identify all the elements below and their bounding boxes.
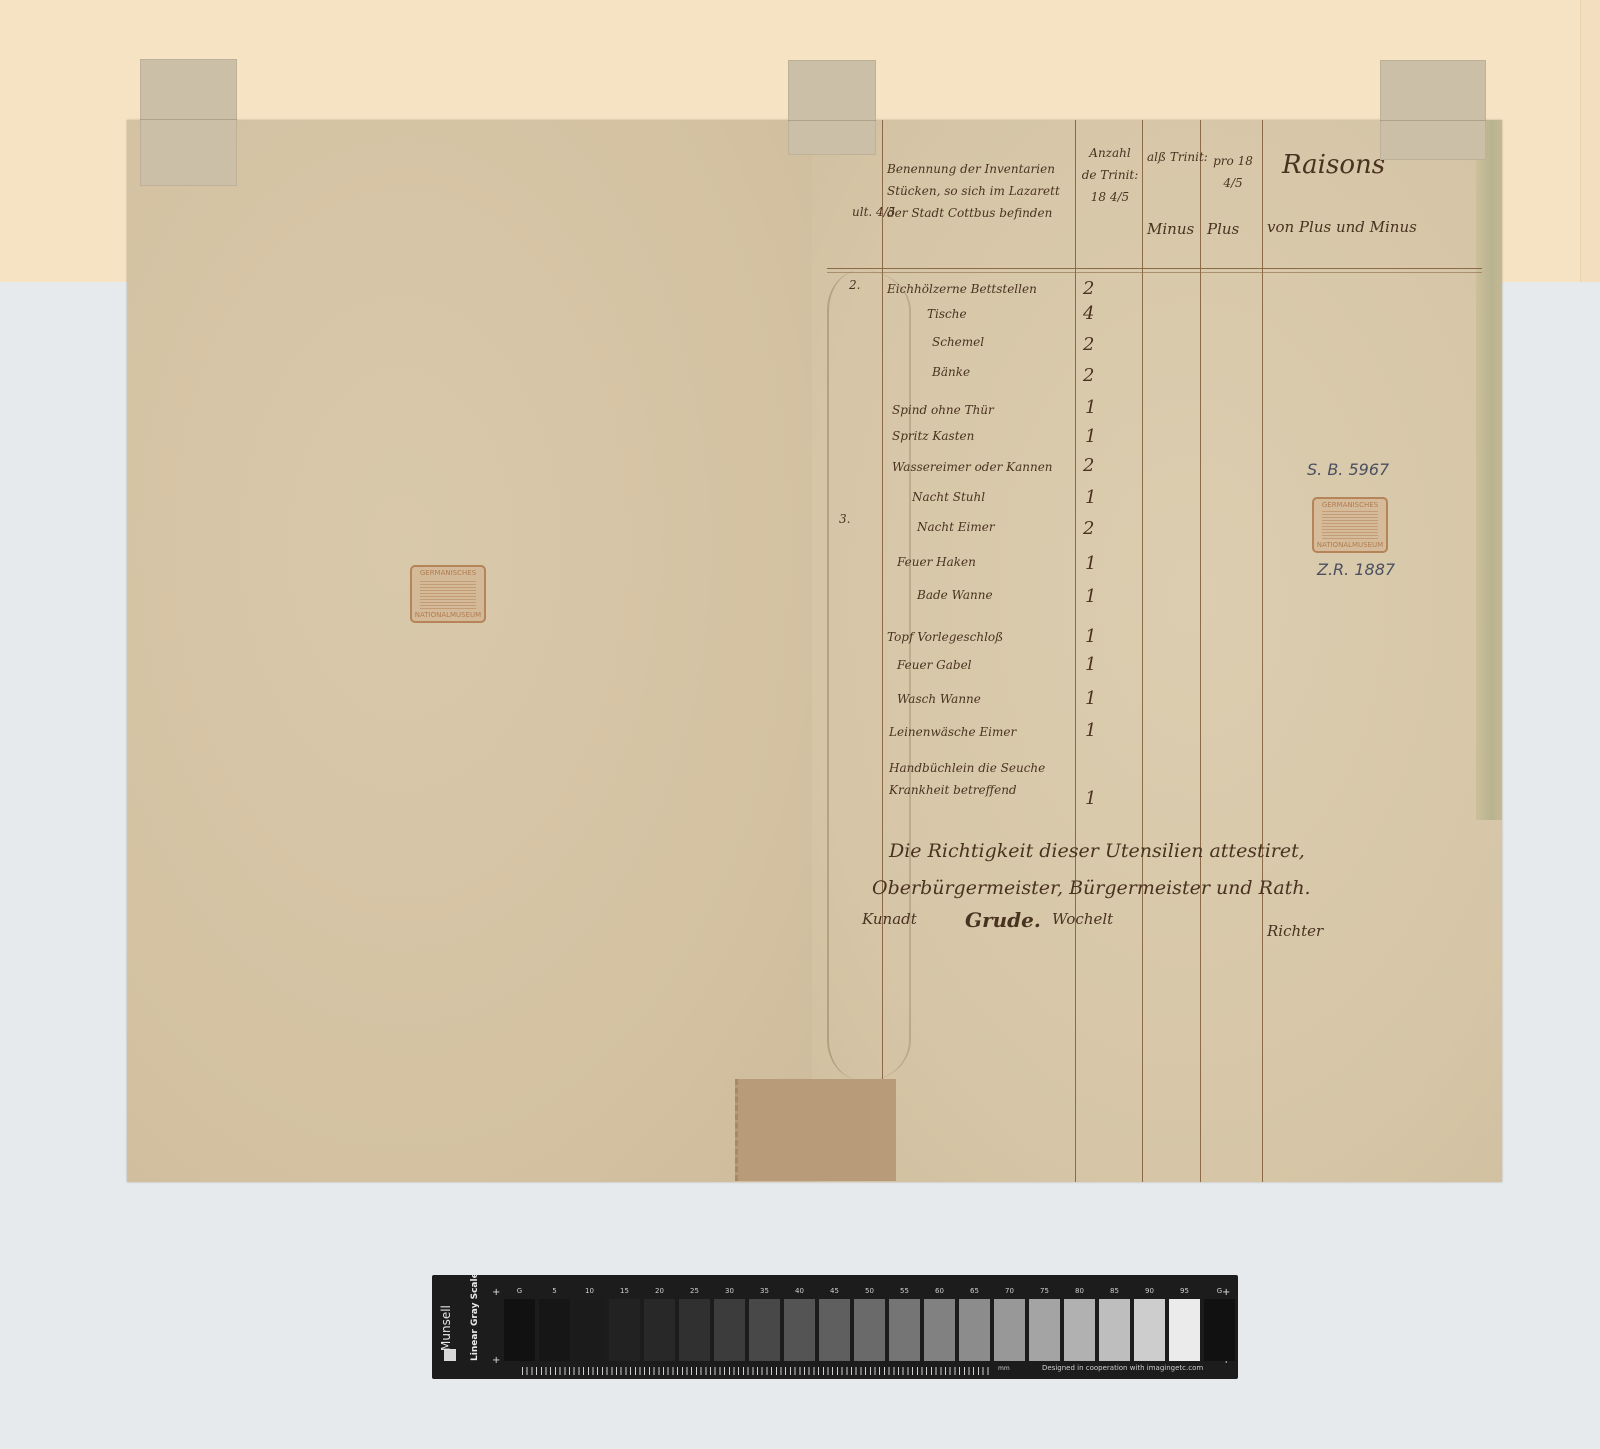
registration-mark-icon: + <box>492 1287 500 1298</box>
patch-swatch <box>889 1299 920 1361</box>
patch-swatch <box>609 1299 640 1361</box>
patch-swatch <box>1169 1299 1200 1361</box>
header-remarks-title: Raisons <box>1282 150 1385 180</box>
patch-label: 45 <box>830 1287 839 1299</box>
gray-patches: G5101520253035404550556065707580859095G <box>504 1287 1235 1361</box>
patch-label: 95 <box>1180 1287 1189 1299</box>
gray-patch: 65 <box>959 1287 990 1361</box>
patch-swatch <box>959 1299 990 1361</box>
row-count: 1 <box>1085 626 1096 647</box>
patch-swatch <box>1134 1299 1165 1361</box>
gray-patch: 10 <box>574 1287 605 1361</box>
patch-swatch <box>1029 1299 1060 1361</box>
right-page <box>812 120 1502 1182</box>
header-plus: Plus <box>1207 220 1239 238</box>
signature: Grude. <box>965 908 1041 932</box>
patch-label: 35 <box>760 1287 769 1299</box>
gray-patch: 30 <box>714 1287 745 1361</box>
signature: Kunadt <box>862 910 917 928</box>
row-item: Spind ohne Thür <box>892 403 994 417</box>
patch-swatch <box>749 1299 780 1361</box>
gray-patch: 95 <box>1169 1287 1200 1361</box>
backing-board-edge <box>1580 0 1600 282</box>
patch-label: 90 <box>1145 1287 1154 1299</box>
rule-col-count <box>1075 120 1076 1182</box>
row-count: 2 <box>1083 334 1094 355</box>
patch-swatch <box>994 1299 1025 1361</box>
stamp-top-text: GERMANISCHES <box>412 569 484 577</box>
attestation-line-2: Oberbürgermeister, Bürgermeister und Rat… <box>872 877 1311 899</box>
row-count: 2 <box>1083 455 1094 476</box>
row-item: Leinenwäsche Eimer <box>889 725 1016 739</box>
header-description: Benennung der Inventarien Stücken, so si… <box>887 158 1072 224</box>
row-count: 1 <box>1085 720 1096 741</box>
gray-patch: 55 <box>889 1287 920 1361</box>
header-count: Anzahl de Trinit: 18 4/5 <box>1080 142 1140 208</box>
row-item: Spritz Kasten <box>892 429 974 443</box>
gray-patch: 20 <box>644 1287 675 1361</box>
eagle-icon <box>420 579 476 609</box>
row-item: Handbüchlein die Seuche Krankheit betref… <box>889 757 1069 801</box>
header-minus-top: alß Trinit: <box>1147 150 1208 164</box>
left-page <box>127 120 812 1182</box>
patch-label: 30 <box>725 1287 734 1299</box>
eagle-icon <box>1322 511 1378 539</box>
document-sheet: GERMANISCHES NATIONALMUSEUM Benennung de… <box>127 120 1502 1182</box>
row-section: 2. <box>849 278 860 292</box>
header-rule <box>827 268 1482 269</box>
header-rule-2 <box>827 272 1482 273</box>
row-count: 1 <box>1085 426 1096 447</box>
scale-credit: Designed in cooperation with imagingetc.… <box>1042 1364 1203 1372</box>
row-count: 4 <box>1083 303 1094 324</box>
patch-label: 75 <box>1040 1287 1049 1299</box>
row-item: Eichhölzerne Bettstellen <box>887 282 1037 296</box>
patch-swatch <box>574 1299 605 1361</box>
row-item: Wassereimer oder Kannen <box>892 460 1053 474</box>
row-item: Schemel <box>932 335 984 349</box>
row-count: 1 <box>1085 788 1096 809</box>
header-plus-top: pro 18 4/5 <box>1205 150 1261 194</box>
repair-patch <box>735 1079 896 1181</box>
patch-swatch <box>819 1299 850 1361</box>
patch-label: 20 <box>655 1287 664 1299</box>
edge-stain <box>1476 120 1502 820</box>
patch-label: 15 <box>620 1287 629 1299</box>
patch-label: 50 <box>865 1287 874 1299</box>
rule-col-remarks <box>1262 120 1263 1182</box>
patch-label: 65 <box>970 1287 979 1299</box>
row-item: Feuer Haken <box>897 555 976 569</box>
row-count: 1 <box>1085 654 1096 675</box>
hinge-tape-right <box>1380 60 1486 160</box>
hinge-tape-center <box>788 60 876 155</box>
gray-patch: 75 <box>1029 1287 1060 1361</box>
row-item: Nacht Eimer <box>917 520 995 534</box>
patch-label: G <box>517 1287 522 1299</box>
patch-label: 40 <box>795 1287 804 1299</box>
row-count: 1 <box>1085 553 1096 574</box>
patch-label: 70 <box>1005 1287 1014 1299</box>
header-minus: Minus <box>1147 220 1194 238</box>
attestation-line-1: Die Richtigkeit dieser Utensilien attest… <box>889 840 1305 862</box>
patch-label: 5 <box>552 1287 556 1299</box>
patch-label: 60 <box>935 1287 944 1299</box>
row-item: Bade Wanne <box>917 588 993 602</box>
gray-patch: 35 <box>749 1287 780 1361</box>
patch-label: 10 <box>585 1287 594 1299</box>
gray-patch: G <box>1204 1287 1235 1361</box>
row-count: 2 <box>1083 365 1094 386</box>
patch-label: 25 <box>690 1287 699 1299</box>
gray-patch: G <box>504 1287 535 1361</box>
munsell-gray-scale: Munsell Linear Gray Scale + + + + G51015… <box>432 1275 1238 1379</box>
row-count: 2 <box>1083 518 1094 539</box>
patch-swatch <box>539 1299 570 1361</box>
gray-patch: 25 <box>679 1287 710 1361</box>
row-section: 3. <box>839 512 850 526</box>
gray-patch: 40 <box>784 1287 815 1361</box>
pencil-shelfmark: S. B. 5967 <box>1307 460 1389 479</box>
gray-patch: 15 <box>609 1287 640 1361</box>
patch-swatch <box>854 1299 885 1361</box>
mm-ruler <box>522 1367 992 1375</box>
gray-patch: 60 <box>924 1287 955 1361</box>
row-item: Wasch Wanne <box>897 692 981 706</box>
registration-mark-icon: + <box>492 1355 500 1366</box>
ruler-unit: mm <box>998 1365 1010 1372</box>
stamp-bottom-text: NATIONALMUSEUM <box>1314 541 1386 549</box>
row-count: 1 <box>1085 397 1096 418</box>
rule-col-minus <box>1142 120 1143 1182</box>
gray-patch: 5 <box>539 1287 570 1361</box>
pencil-inventory-number: Z.R. 1887 <box>1317 560 1395 579</box>
tear-line <box>827 270 911 1080</box>
patch-label: 55 <box>900 1287 909 1299</box>
gray-patch: 50 <box>854 1287 885 1361</box>
museum-stamp-right: GERMANISCHES NATIONALMUSEUM <box>1312 497 1388 553</box>
gray-patch: 85 <box>1099 1287 1130 1361</box>
row-item: Tische <box>927 307 967 321</box>
signature: Richter <box>1267 922 1323 940</box>
museum-stamp-left: GERMANISCHES NATIONALMUSEUM <box>410 565 486 623</box>
row-count: 2 <box>1083 278 1094 299</box>
gray-patch: 90 <box>1134 1287 1165 1361</box>
row-item: Bänke <box>932 365 970 379</box>
row-count: 1 <box>1085 487 1096 508</box>
patch-swatch <box>644 1299 675 1361</box>
patch-swatch <box>714 1299 745 1361</box>
row-item: Topf Vorlegeschloß <box>887 630 1003 644</box>
gray-patch: 70 <box>994 1287 1025 1361</box>
signature: Wochelt <box>1052 910 1113 928</box>
hinge-tape-left <box>140 59 237 186</box>
patch-swatch <box>924 1299 955 1361</box>
row-count: 1 <box>1085 586 1096 607</box>
rule-col-description <box>882 120 883 1080</box>
patch-swatch <box>679 1299 710 1361</box>
margin-fraction: ult. 4/5 <box>852 205 895 219</box>
gray-patch: 80 <box>1064 1287 1095 1361</box>
patch-label: 85 <box>1110 1287 1119 1299</box>
munsell-logo: Munsell Linear Gray Scale <box>436 1291 484 1365</box>
brand-name: Munsell <box>439 1305 453 1351</box>
scale-title: Linear Gray Scale <box>470 1272 480 1361</box>
stamp-bottom-text: NATIONALMUSEUM <box>412 611 484 619</box>
stamp-top-text: GERMANISCHES <box>1314 501 1386 509</box>
patch-swatch <box>1099 1299 1130 1361</box>
patch-swatch <box>1204 1299 1235 1361</box>
row-item: Feuer Gabel <box>897 658 972 672</box>
patch-swatch <box>1064 1299 1095 1361</box>
patch-swatch <box>784 1299 815 1361</box>
rule-col-plus <box>1200 120 1201 1182</box>
row-item: Nacht Stuhl <box>912 490 985 504</box>
patch-swatch <box>504 1299 535 1361</box>
gray-patch: 45 <box>819 1287 850 1361</box>
header-remarks-sub: von Plus und Minus <box>1267 218 1417 236</box>
patch-label: 80 <box>1075 1287 1084 1299</box>
patch-label: G <box>1217 1287 1222 1299</box>
row-count: 1 <box>1085 688 1096 709</box>
